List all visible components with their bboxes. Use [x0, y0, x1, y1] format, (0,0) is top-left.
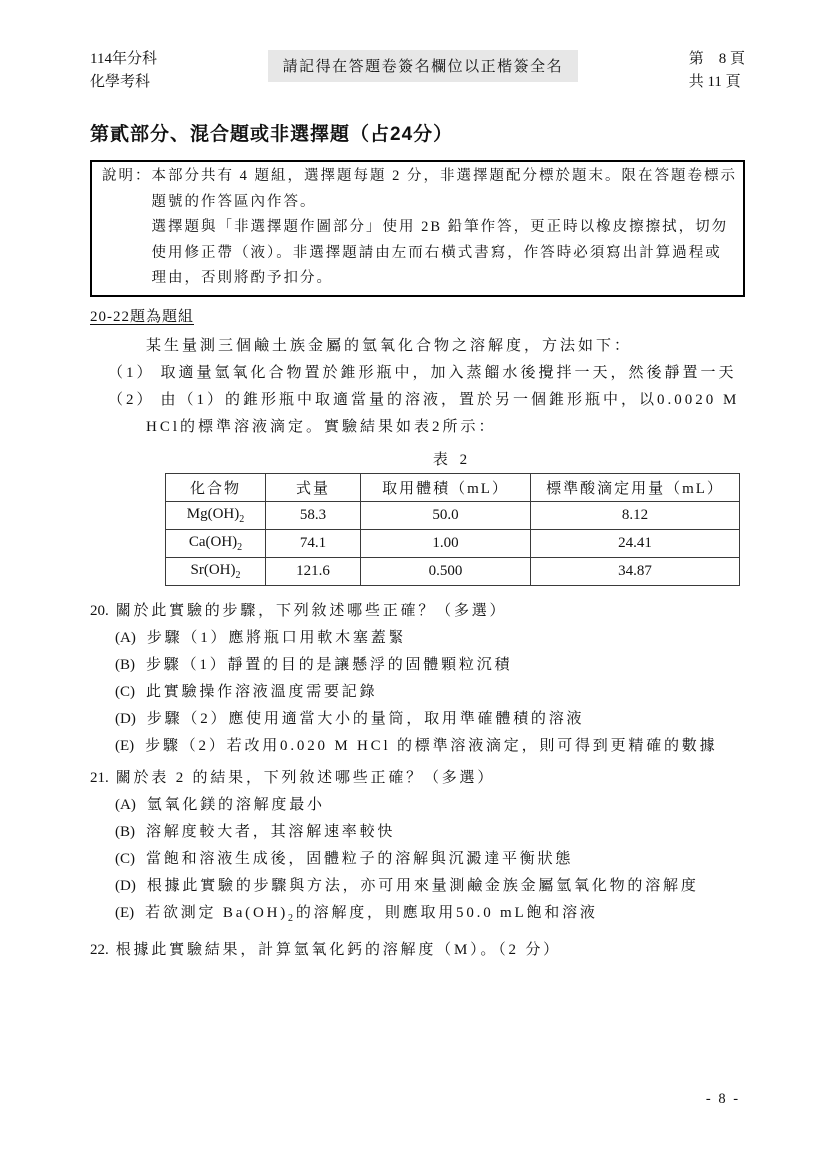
question-stem: 22.根據此實驗結果，計算氫氧化鈣的溶解度（M）。（2 分） — [90, 937, 745, 964]
instruction-line: 理由，否則將酌予扣分。 — [152, 266, 738, 292]
column-header-formula-weight: 式量 — [266, 473, 361, 501]
volume-value: 1.00 — [361, 529, 531, 557]
table-caption: 表 2 — [165, 448, 739, 469]
option-label: (B) — [115, 824, 135, 840]
question-20: 20.關於此實驗的步驟，下列敘述哪些正確？（多選） (A)步驟（1）應將瓶口用軟… — [90, 598, 745, 760]
instruction-line: 選擇題與「非選擇題作圖部分」使用 2B 鉛筆作答，更正時以橡皮擦擦拭，切勿 — [152, 215, 738, 241]
question-22: 22.根據此實驗結果，計算氫氧化鈣的溶解度（M）。（2 分） — [90, 937, 745, 964]
page-header: 114年分科 化學考科 請記得在答題卷簽名欄位以正楷簽全名 第 8 頁 共 11… — [90, 48, 745, 94]
column-header-titrant: 標準酸滴定用量（mL） — [531, 473, 740, 501]
option-b: (B)步驟（1）靜置的目的是讓懸浮的固體顆粒沉積 — [115, 652, 745, 679]
instruction-line: 題號的作答區內作答。 — [152, 190, 738, 216]
question-number: 20. — [90, 603, 109, 619]
option-text: 根據此實驗的步驟與方法，亦可用來量測鹼金族金屬氫氧化物的溶解度 — [147, 878, 699, 894]
option-a: (A)氫氧化鎂的溶解度最小 — [115, 792, 745, 819]
titrant-volume-value: 8.12 — [531, 501, 740, 529]
question-options: (A)步驟（1）應將瓶口用軟木塞蓋緊 (B)步驟（1）靜置的目的是讓懸浮的固體顆… — [90, 625, 745, 760]
exam-page: 114年分科 化學考科 請記得在答題卷簽名欄位以正楷簽全名 第 8 頁 共 11… — [0, 0, 827, 1170]
option-text: 步驟（1）靜置的目的是讓懸浮的固體顆粒沉積 — [146, 657, 512, 673]
procedure-step-1: （1）取適量氫氧化合物置於錐形瓶中，加入蒸餾水後攪拌一天，然後靜置一天 — [90, 360, 745, 387]
formula-subscript: 2 — [236, 570, 241, 581]
option-label: (B) — [115, 657, 135, 673]
procedure-step-2: （2）由（1）的錐形瓶中取適當量的溶液，置於另一個錐形瓶中，以0.0020 M — [90, 387, 745, 414]
option-text: 氫氧化鎂的溶解度最小 — [147, 797, 325, 813]
question-number: 21. — [90, 770, 109, 786]
current-page: 第 8 頁 — [689, 48, 745, 71]
option-c: (C)當飽和溶液生成後，固體粒子的溶解與沉澱達平衡狀態 — [115, 846, 745, 873]
table-row: Sr(OH)2 121.6 0.500 34.87 — [166, 557, 740, 585]
procedure-step-2-continued: HCl的標準溶液滴定。實驗結果如表2所示： — [90, 414, 745, 441]
option-label: (A) — [115, 797, 136, 813]
option-label: (E) — [115, 905, 134, 921]
question-number: 22. — [90, 942, 109, 958]
option-e: (E)步驟（2）若改用0.020 M HCl 的標準溶液滴定，則可得到更精確的數… — [115, 733, 745, 760]
option-formula-subscript: 2 — [288, 913, 296, 924]
option-label: (D) — [115, 878, 136, 894]
question-options: (A)氫氧化鎂的溶解度最小 (B)溶解度較大者，其溶解速率較快 (C)當飽和溶液… — [90, 792, 745, 932]
option-text: 步驟（1）應將瓶口用軟木塞蓋緊 — [147, 630, 407, 646]
formula-base: Ca(OH) — [189, 534, 237, 550]
formula-weight-value: 58.3 — [266, 501, 361, 529]
question-stem: 21.關於表 2 的結果，下列敘述哪些正確？（多選） — [90, 765, 745, 792]
titrant-volume-value: 34.87 — [531, 557, 740, 585]
formula-weight-value: 74.1 — [266, 529, 361, 557]
option-b: (B)溶解度較大者，其溶解速率較快 — [115, 819, 745, 846]
step-number: （1） — [108, 365, 155, 381]
volume-value: 50.0 — [361, 501, 531, 529]
step-text: 取適量氫氧化合物置於錐形瓶中，加入蒸餾水後攪拌一天，然後靜置一天 — [161, 365, 737, 381]
step-number: （2） — [108, 392, 155, 408]
footer-page-number: - 8 - — [688, 1091, 758, 1108]
signature-notice: 請記得在答題卷簽名欄位以正楷簽全名 — [268, 50, 579, 82]
option-text: 溶解度較大者，其溶解速率較快 — [146, 824, 395, 840]
option-text: 步驟（2）應使用適當大小的量筒，取用準確體積的溶液 — [147, 711, 585, 727]
option-a: (A)步驟（1）應將瓶口用軟木塞蓋緊 — [115, 625, 745, 652]
solubility-data-table: 化合物 式量 取用體積（mL） 標準酸滴定用量（mL） Mg(OH)2 58.3… — [165, 473, 740, 586]
table-header-row: 化合物 式量 取用體積（mL） 標準酸滴定用量（mL） — [166, 473, 740, 501]
option-text: 當飽和溶液生成後，固體粒子的溶解與沉澱達平衡狀態 — [146, 851, 573, 867]
option-label: (C) — [115, 851, 135, 867]
question-text: 關於表 2 的結果，下列敘述哪些正確？（多選） — [116, 770, 495, 786]
question-text: 根據此實驗結果，計算氫氧化鈣的溶解度（M）。（2 分） — [116, 942, 561, 958]
compound-formula: Sr(OH)2 — [166, 557, 266, 585]
option-text-post: 的溶解度，則應取用50.0 mL飽和溶液 — [296, 905, 598, 921]
volume-value: 0.500 — [361, 557, 531, 585]
total-pages: 共 11 頁 — [689, 71, 745, 94]
formula-weight-value: 121.6 — [266, 557, 361, 585]
formula-subscript: 2 — [237, 542, 242, 553]
option-label: (A) — [115, 630, 136, 646]
question-stem: 20.關於此實驗的步驟，下列敘述哪些正確？（多選） — [90, 598, 745, 625]
question-group: 20-22題為題組 某生量測三個鹼土族金屬的氫氧化合物之溶解度，方法如下： （1… — [90, 297, 745, 441]
option-label: (E) — [115, 738, 134, 754]
option-c: (C)此實驗操作溶液溫度需要記錄 — [115, 679, 745, 706]
compound-formula: Ca(OH)2 — [166, 529, 266, 557]
instruction-line: 本部分共有 4 題組，選擇題每題 2 分，非選擇題配分標於題末。限在答題卷標示 — [152, 164, 738, 190]
column-header-volume: 取用體積（mL） — [361, 473, 531, 501]
page-content: 114年分科 化學考科 請記得在答題卷簽名欄位以正楷簽全名 第 8 頁 共 11… — [0, 0, 827, 964]
group-intro: 某生量測三個鹼土族金屬的氫氧化合物之溶解度，方法如下： — [90, 333, 745, 360]
question-text: 關於此實驗的步驟，下列敘述哪些正確？（多選） — [116, 603, 508, 619]
section-title: 第貳部分、混合題或非選擇題（占24分） — [90, 119, 745, 146]
option-e: (E)若欲測定 Ba(OH)2的溶解度，則應取用50.0 mL飽和溶液 — [115, 900, 745, 932]
group-label: 20-22題為題組 — [90, 305, 194, 326]
exam-year: 114年分科 — [90, 48, 157, 71]
compound-formula: Mg(OH)2 — [166, 501, 266, 529]
formula-base: Sr(OH) — [191, 562, 236, 578]
instruction-line: 使用修正帶（液）。非選擇題請由左而右橫式書寫，作答時必須寫出計算過程或 — [152, 241, 738, 267]
exam-subject: 化學考科 — [90, 71, 157, 94]
instruction-box: 說明： 本部分共有 4 題組，選擇題每題 2 分，非選擇題配分標於題末。限在答題… — [90, 160, 745, 297]
option-label: (D) — [115, 711, 136, 727]
table-row: Ca(OH)2 74.1 1.00 24.41 — [166, 529, 740, 557]
option-text: 步驟（2）若改用0.020 M HCl 的標準溶液滴定，則可得到更精確的數據 — [145, 738, 717, 754]
table-row: Mg(OH)2 58.3 50.0 8.12 — [166, 501, 740, 529]
question-21: 21.關於表 2 的結果，下列敘述哪些正確？（多選） (A)氫氧化鎂的溶解度最小… — [90, 765, 745, 932]
option-d: (D)根據此實驗的步驟與方法，亦可用來量測鹼金族金屬氫氧化物的溶解度 — [115, 873, 745, 900]
option-d: (D)步驟（2）應使用適當大小的量筒，取用準確體積的溶液 — [115, 706, 745, 733]
column-header-compound: 化合物 — [166, 473, 266, 501]
option-label: (C) — [115, 684, 135, 700]
step-text: 由（1）的錐形瓶中取適當量的溶液，置於另一個錐形瓶中，以0.0020 M — [161, 392, 740, 408]
option-text-pre: 若欲測定 Ba(OH) — [145, 905, 288, 921]
formula-subscript: 2 — [239, 514, 244, 525]
instruction-label: 說明： — [102, 164, 152, 292]
exam-identifier: 114年分科 化學考科 — [90, 48, 157, 94]
instruction-text: 本部分共有 4 題組，選擇題每題 2 分，非選擇題配分標於題末。限在答題卷標示 … — [152, 164, 738, 292]
titrant-volume-value: 24.41 — [531, 529, 740, 557]
option-text: 此實驗操作溶液溫度需要記錄 — [146, 684, 377, 700]
page-indicator: 第 8 頁 共 11 頁 — [689, 48, 745, 94]
formula-base: Mg(OH) — [187, 506, 240, 522]
